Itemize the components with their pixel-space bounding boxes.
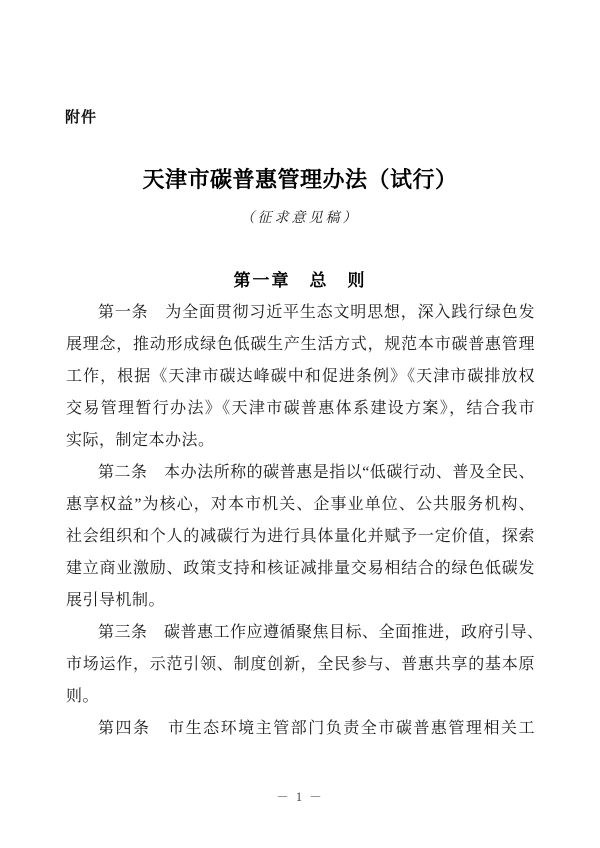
body-line: 展引导机制。 [66, 585, 535, 617]
attachment-label: 附件 [65, 106, 97, 127]
body-line: 第三条 碳普惠工作应遵循聚焦目标、全面推进，政府引导、 [66, 617, 535, 649]
document-body: 第一条 为全面贯彻习近平生态文明思想，深入践行绿色发 展理念，推动形成绿色低碳生… [66, 297, 535, 745]
body-line: 工作，根据《天津市碳达峰碳中和促进条例》《天津市碳排放权 [66, 361, 535, 393]
chapter-heading: 第一章 总 则 [0, 266, 600, 291]
body-line: 第四条 市生态环境主管部门负责全市碳普惠管理相关工 [66, 713, 535, 745]
body-line: 第二条 本办法所称的碳普惠是指以“低碳行动、普及全民、 [66, 457, 535, 489]
body-line: 社会组织和个人的减碳行为进行具体量化并赋予一定价值，探索 [66, 521, 535, 553]
body-line: 惠享权益”为核心，对本市机关、企事业单位、公共服务机构、 [66, 489, 535, 521]
page-number: － 1 － [0, 787, 600, 805]
document-subtitle: （征求意见稿） [0, 207, 600, 227]
body-line: 则。 [66, 681, 535, 713]
body-line: 第一条 为全面贯彻习近平生态文明思想，深入践行绿色发 [66, 297, 535, 329]
body-line: 交易管理暂行办法》《天津市碳普惠体系建设方案》，结合我市 [66, 393, 535, 425]
body-line: 展理念，推动形成绿色低碳生产生活方式，规范本市碳普惠管理 [66, 329, 535, 361]
document-title: 天津市碳普惠管理办法（试行） [0, 163, 600, 194]
body-line: 建立商业激励、政策支持和核证减排量交易相结合的绿色低碳发 [66, 553, 535, 585]
body-line: 实际，制定本办法。 [66, 425, 535, 457]
document-page: 附件 天津市碳普惠管理办法（试行） （征求意见稿） 第一章 总 则 第一条 为全… [0, 0, 600, 848]
body-line: 市场运作，示范引领、制度创新，全民参与、普惠共享的基本原 [66, 649, 535, 681]
